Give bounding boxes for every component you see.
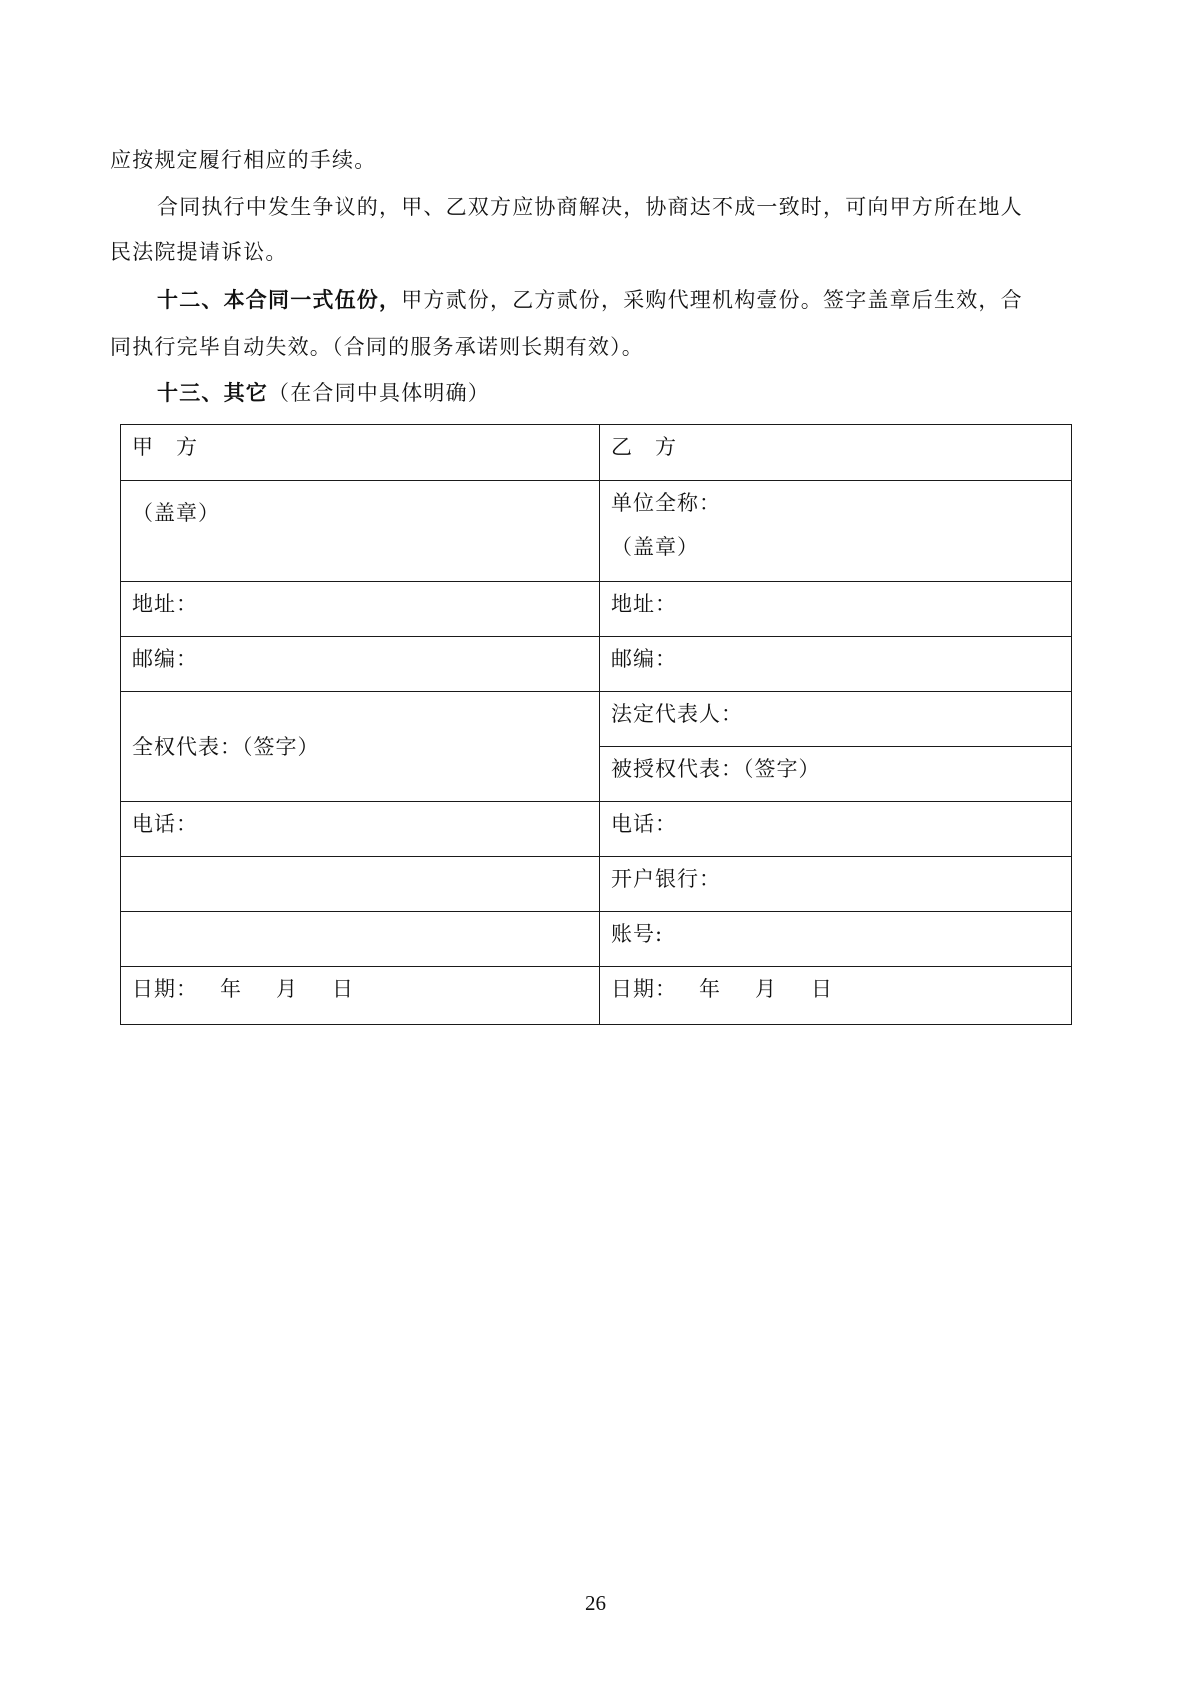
party-b-address-field[interactable]: 地址： bbox=[600, 582, 1072, 637]
table-row-account: 账号: bbox=[121, 912, 1072, 967]
document-page: 应按规定履行相应的手续。 合同执行中发生争议的，甲、乙双方应协商解决，协商达不成… bbox=[0, 0, 1191, 1684]
party-b-date-day: 日 bbox=[811, 977, 833, 1001]
table-row-date: 日期：年月日 日期：年月日 bbox=[121, 967, 1072, 1025]
party-a-date-label: 日期： bbox=[132, 977, 198, 1001]
table-row-address: 地址： 地址： bbox=[121, 582, 1072, 637]
party-a-blank-cell-1 bbox=[121, 857, 600, 912]
party-b-seal-label: （盖章） bbox=[611, 533, 1060, 561]
party-b-date-label: 日期： bbox=[611, 977, 677, 1001]
clause-13-text: （在合同中具体明确） bbox=[268, 381, 490, 405]
party-b-date-year: 年 bbox=[699, 977, 721, 1001]
table-row-legal-rep: 全权代表：（签字） 法定代表人： bbox=[121, 692, 1072, 747]
party-a-date-year: 年 bbox=[220, 977, 242, 1001]
party-b-postcode-field[interactable]: 邮编： bbox=[600, 637, 1072, 692]
clause-13-heading: 十三、其它 bbox=[157, 380, 268, 405]
paragraph-dispute-line1: 合同执行中发生争议的，甲、乙双方应协商解决，协商达不成一致时，可向甲方所在地人 bbox=[157, 193, 1023, 221]
party-b-authorized-rep-field[interactable]: 被授权代表：（签字） bbox=[600, 747, 1072, 802]
paragraph-copies-line1: 十二、本合同一式伍份，甲方贰份，乙方贰份，采购代理机构壹份。签字盖章后生效，合 bbox=[157, 286, 1023, 314]
paragraph-procedures: 应按规定履行相应的手续。 bbox=[110, 146, 376, 174]
party-a-postcode-field[interactable]: 邮编： bbox=[121, 637, 600, 692]
party-a-date-month: 月 bbox=[276, 977, 298, 1001]
party-a-blank-cell-2 bbox=[121, 912, 600, 967]
paragraph-dispute-line2: 民法院提请诉讼。 bbox=[110, 238, 288, 266]
table-row-phone: 电话： 电话： bbox=[121, 802, 1072, 857]
party-a-header: 甲 方 bbox=[121, 425, 600, 481]
table-row-seal: （盖章） 单位全称： （盖章） bbox=[121, 481, 1072, 582]
party-a-representative-field[interactable]: 全权代表：（签字） bbox=[121, 692, 600, 802]
party-a-date-field[interactable]: 日期：年月日 bbox=[121, 967, 600, 1025]
table-row-bank: 开户银行： bbox=[121, 857, 1072, 912]
party-b-legal-rep-field[interactable]: 法定代表人： bbox=[600, 692, 1072, 747]
party-b-header: 乙 方 bbox=[600, 425, 1072, 481]
clause-12-heading: 十二、本合同一式伍份， bbox=[157, 287, 401, 312]
party-a-date-day: 日 bbox=[332, 977, 354, 1001]
party-a-seal-cell[interactable]: （盖章） bbox=[121, 481, 600, 582]
party-b-date-field[interactable]: 日期：年月日 bbox=[600, 967, 1072, 1025]
page-number: 26 bbox=[0, 1591, 1191, 1616]
signature-table: 甲 方 乙 方 （盖章） 单位全称： （盖章） 地址： 地址： 邮编： 邮编： … bbox=[120, 424, 1072, 1025]
party-a-seal-label: （盖章） bbox=[132, 499, 588, 527]
paragraph-other: 十三、其它（在合同中具体明确） bbox=[157, 379, 490, 407]
table-row-header: 甲 方 乙 方 bbox=[121, 425, 1072, 481]
party-a-address-field[interactable]: 地址： bbox=[121, 582, 600, 637]
party-b-company-name-label: 单位全称： bbox=[611, 491, 721, 515]
table-row-postcode: 邮编： 邮编： bbox=[121, 637, 1072, 692]
clause-12-text: 甲方贰份，乙方贰份，采购代理机构壹份。签字盖章后生效，合 bbox=[401, 288, 1023, 312]
party-a-phone-field[interactable]: 电话： bbox=[121, 802, 600, 857]
paragraph-copies-line2: 同执行完毕自动失效。（合同的服务承诺则长期有效）。 bbox=[110, 333, 644, 361]
party-b-phone-field[interactable]: 电话： bbox=[600, 802, 1072, 857]
party-b-date-month: 月 bbox=[755, 977, 777, 1001]
party-b-name-seal-cell[interactable]: 单位全称： （盖章） bbox=[600, 481, 1072, 582]
party-b-account-field[interactable]: 账号: bbox=[600, 912, 1072, 967]
party-b-bank-field[interactable]: 开户银行： bbox=[600, 857, 1072, 912]
